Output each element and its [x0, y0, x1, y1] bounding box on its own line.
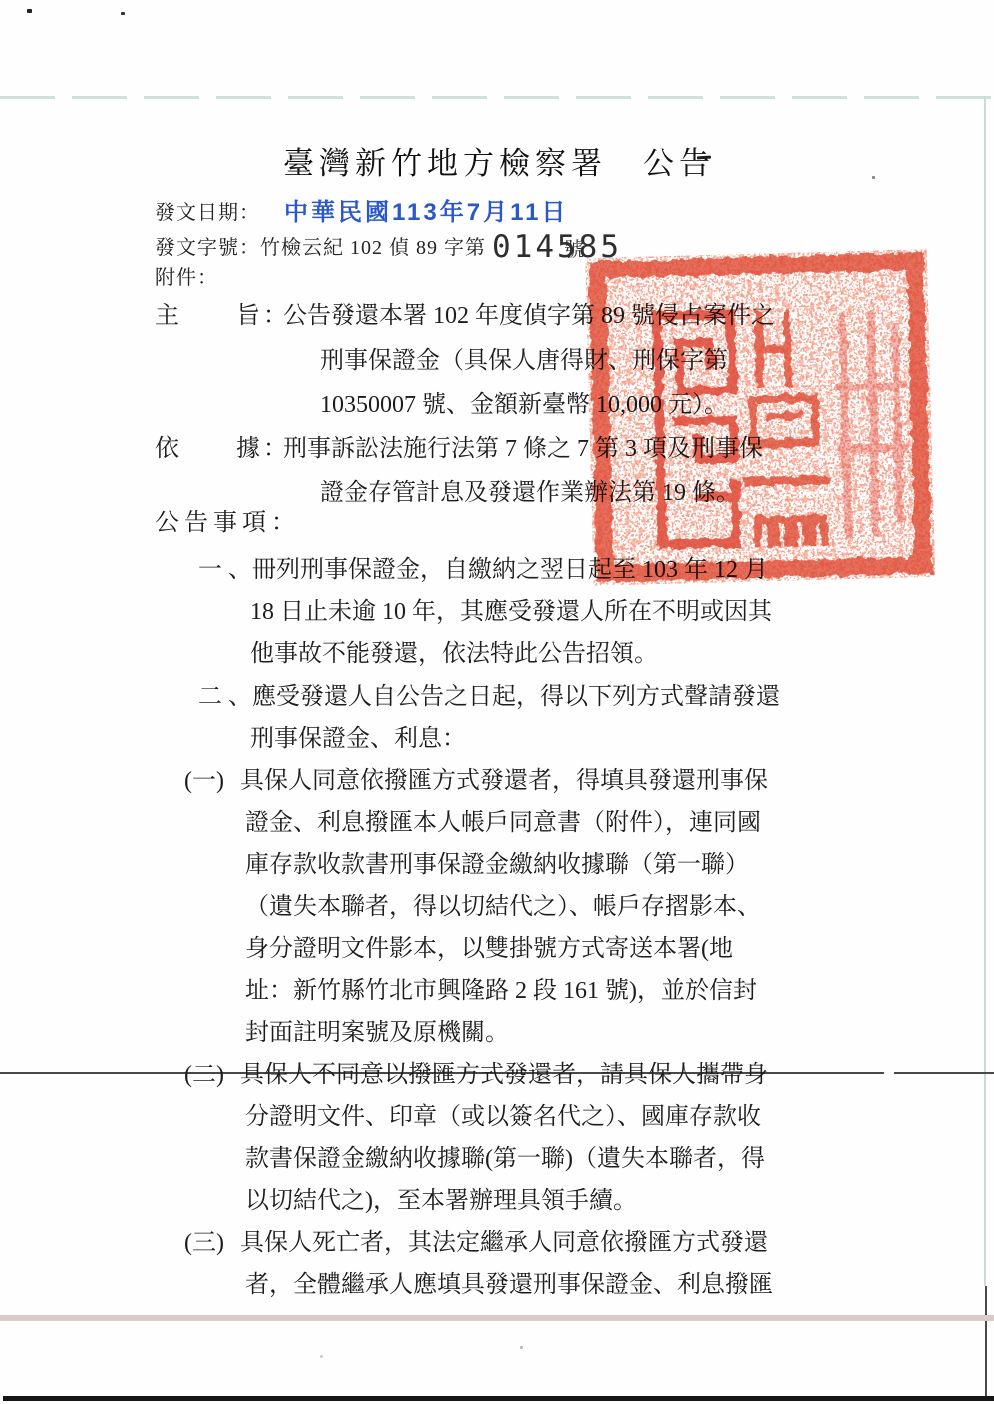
doc-number-line: 發文字號：竹檢云紀 102 偵 89 字第 [155, 231, 486, 260]
agency-name: 臺灣新竹地方檢察署 [283, 146, 607, 181]
subject-label: 主 旨： [155, 295, 290, 330]
scan-artifact-bottom-band [0, 1315, 994, 1321]
basis-label: 依 據： [155, 428, 290, 463]
document-page: 臺灣新竹地方檢察署公告 發文日期： 中華民國113年7月11日 發文字號：竹檢云… [0, 0, 994, 1404]
date-stamp: 中華民國113年7月11日 [284, 192, 568, 227]
item-line: （遺失本聯者，得以切結代之）、帳戶存摺影本、 [245, 886, 761, 921]
item-number: (二) [184, 1054, 224, 1089]
serial-number-stamp: 014585 [492, 229, 622, 265]
attachment-label: 附件： [155, 261, 218, 290]
basis-line: 刑事訴訟法施行法第 7 條之 7 第 3 項及刑事保 [283, 428, 763, 463]
date-label: 發文日期： [155, 196, 260, 225]
item-line: 址：新竹縣竹北市興隆路 2 段 161 號)，並於信封 [245, 970, 757, 1005]
item-line: 冊列刑事保證金，自繳納之翌日起至 103 年 12 月 [252, 549, 768, 584]
item-line: 以切結代之)，至本署辦理具領手續。 [245, 1180, 637, 1215]
item-number: (一) [184, 760, 224, 795]
item-line: 身分證明文件影本，以雙掛號方式寄送本署(地 [245, 928, 733, 963]
scan-artifact-right-edge-dark [985, 1286, 987, 1398]
item-line: 具保人不同意以撥匯方式發還者，請具保人攜帶身 [240, 1054, 768, 1089]
item-line: 應受發還人自公告之日起，得以下列方式聲請發還 [252, 676, 780, 711]
page-title: 臺灣新竹地方檢察署公告 [283, 138, 715, 183]
subject-line: 刑事保證金（具保人唐得財、刑保字第 [320, 340, 728, 375]
item-line: 證金、利息撥匯本人帳戶同意書（附件），連同國 [245, 802, 761, 837]
subject-line: 公告發還本署 102 年度偵字第 89 號侵占案件之 [283, 295, 775, 330]
item-line: 分證明文件、印章（或以簽名代之）、國庫存款收 [245, 1096, 761, 1131]
notice-heading: 公告事項： [155, 502, 300, 537]
scan-artifact-middle-line-gap [884, 1070, 894, 1076]
scan-artifact-right-edge [984, 96, 986, 1286]
item-line: 刑事保證金、利息： [250, 718, 466, 753]
item-number: 二、 [198, 676, 258, 711]
seal-script-right [837, 314, 907, 534]
scan-speck [520, 1346, 523, 1349]
scan-artifact-bottom-edge [3, 1396, 994, 1401]
item-number: (三) [184, 1222, 224, 1257]
item-line: 封面註明案號及原機關。 [245, 1012, 509, 1047]
item-line: 18 日止未逾 10 年，其應受發還人所在不明或因其 [250, 591, 772, 626]
scan-speck [320, 1355, 323, 1358]
item-line: 具保人同意依撥匯方式發還者，得填具發還刑事保 [240, 760, 768, 795]
scan-speck [121, 12, 125, 15]
scan-speck [27, 9, 32, 13]
doc-type: 公告 [643, 146, 715, 181]
item-line: 具保人死亡者，其法定繼承人同意依撥匯方式發還 [240, 1222, 768, 1257]
item-number: 一、 [198, 549, 258, 584]
subject-line: 10350007 號、金額新臺幣 10,000 元）。 [320, 384, 728, 419]
item-line: 庫存款收款書刑事保證金繳納收據聯（第一聯） [245, 844, 749, 879]
item-line: 者，全體繼承人應填具發還刑事保證金、利息撥匯 [245, 1264, 773, 1299]
item-line: 款書保證金繳納收據聯(第一聯)（遺失本聯者，得 [245, 1138, 765, 1173]
scan-speck [872, 176, 875, 179]
scan-artifact-top-line [0, 96, 994, 99]
item-line: 他事故不能發還，依法特此公告招領。 [250, 633, 658, 668]
basis-line: 證金存管計息及發還作業辦法第 19 條。 [320, 472, 740, 507]
